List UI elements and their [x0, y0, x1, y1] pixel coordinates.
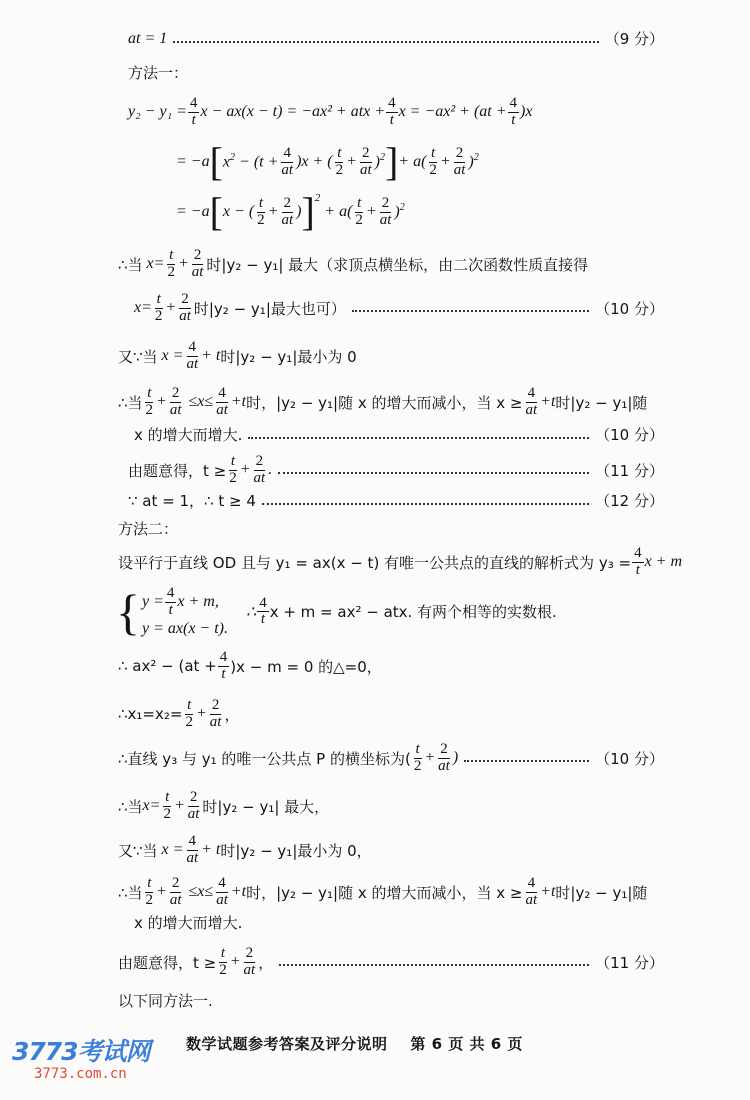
line-increasing-m2: x 的增大而增大. — [134, 912, 242, 933]
text: 时|y₂ − y₁|最小为 0， — [220, 840, 371, 861]
fraction: 2at — [168, 876, 184, 909]
fraction: 4t — [257, 596, 269, 629]
expr: + — [165, 299, 176, 317]
text: 设平行于直线 OD 且与 y₁ = ax(x − t) 有唯一公共点的直线的解析… — [118, 552, 631, 573]
page-number: 第 6 页 共 6 页 — [410, 1035, 523, 1053]
text: ∴当 — [118, 392, 143, 413]
text: 由题意得，t ≥ — [118, 952, 216, 973]
expr: + — [268, 203, 279, 221]
fraction: t2 — [353, 196, 365, 229]
expr: + — [178, 255, 189, 273]
system-row-2: y = ax(x − t). — [142, 619, 228, 638]
expr: + — [230, 953, 241, 971]
fraction: 2at — [208, 698, 224, 731]
expr: x2 − (t + — [223, 152, 278, 171]
fraction: 2at — [436, 742, 452, 775]
text: )x − m = 0 的△=0， — [230, 656, 382, 677]
line-max-m2: ∴当 x= t2 + 2at 时|y₂ − y₁| 最大， — [118, 790, 329, 823]
line-at-equals-1: at = 1 （9 分） — [128, 28, 664, 49]
fraction: 2at — [452, 146, 468, 179]
text: x 的增大而增大. — [134, 424, 242, 445]
text: 时，|y₂ − y₁|随 x 的增大而减小，当 x ≥ — [246, 392, 522, 413]
method-two-heading: 方法二： — [118, 518, 178, 539]
expr: + a( — [398, 153, 426, 171]
expr: +t — [231, 883, 246, 901]
expr: + t — [201, 841, 220, 859]
line-increasing: x 的增大而增大. （10 分） — [134, 424, 664, 445]
expr: +t — [540, 393, 555, 411]
fraction: 2at — [168, 386, 184, 419]
expr: ≤x≤ — [185, 883, 214, 901]
line-roots: ∴x₁=x₂= t2 + 2at ， — [118, 698, 239, 731]
text: ∴直线 y₃ 与 y₁ 的唯一公共点 P 的横坐标为( — [118, 748, 411, 769]
text: ∴x₁=x₂= — [118, 705, 182, 723]
fraction: 2at — [252, 454, 268, 487]
line-same-as-method-one: 以下同方法一. — [118, 990, 213, 1011]
fraction: t2 — [161, 790, 173, 823]
expr: x + m, — [177, 593, 218, 611]
bracket-close: ] — [385, 142, 398, 182]
line-point-p: ∴直线 y₃ 与 y₁ 的唯一公共点 P 的横坐标为( t2 + 2at ) （… — [118, 742, 664, 775]
expr: x − ax(x − t) = −ax² + atx + — [200, 103, 385, 121]
leader-dots — [248, 427, 589, 439]
bracket-open: [ — [210, 142, 223, 182]
text: 时|y₂ − y₁| 最大， — [202, 796, 329, 817]
leader-dots — [279, 954, 589, 966]
expr: x = — [158, 347, 184, 365]
line-monotonic-m2: ∴当 t2 + 2at ≤x≤ 4at +t 时，|y₂ − y₁|随 x 的增… — [118, 876, 647, 909]
fraction: 2at — [279, 196, 295, 229]
fraction: t2 — [144, 876, 156, 909]
line-min-zero: 又∵当 x = 4at + t 时|y₂ − y₁|最小为 0 — [118, 340, 357, 373]
expr: x= — [134, 299, 152, 317]
score-label: （12 分） — [595, 490, 664, 511]
expr: )2 — [468, 152, 478, 171]
score-label: （9 分） — [605, 28, 664, 49]
fraction: 4t — [386, 96, 398, 129]
expr: at = 1 — [128, 30, 167, 48]
expr: + — [156, 883, 167, 901]
expr: y = ax(x − t). — [142, 620, 228, 637]
line-condition-t-m2: 由题意得，t ≥ t2 + 2at ， （11 分） — [118, 946, 664, 979]
fraction: t2 — [153, 292, 165, 325]
logo-url: 3773.com.cn — [34, 1066, 150, 1082]
fraction: 2at — [186, 790, 202, 823]
expr: x + m — [645, 553, 682, 571]
expr: + a( — [320, 203, 352, 221]
text: ， — [258, 952, 273, 973]
text: 时|y₂ − y₁|随 — [555, 882, 647, 903]
score-label: （10 分） — [595, 424, 664, 445]
expr: = −a — [176, 153, 210, 171]
equation-system: { y = 4t x + m, y = ax(x − t). ∴ 4t x + … — [116, 586, 557, 638]
system-rows: y = 4t x + m, y = ax(x − t). — [142, 586, 228, 638]
fraction: 2at — [242, 946, 258, 979]
text: 又∵当 — [118, 840, 158, 861]
fraction: t2 — [183, 698, 195, 731]
fraction: 2at — [358, 146, 374, 179]
fraction: 4at — [184, 834, 200, 867]
equation-line-1: y₂ − y₁ = 4t x − ax(x − t) = −ax² + atx … — [128, 96, 532, 129]
fraction: t2 — [412, 742, 424, 775]
expr: )x — [520, 103, 532, 121]
fraction: 4at — [214, 386, 230, 419]
fraction: t2 — [227, 454, 239, 487]
fraction: t2 — [165, 248, 177, 281]
text: ∵ at = 1，∴ t ≥ 4 — [128, 490, 256, 511]
expr: + — [424, 749, 435, 767]
equation-line-3: = −a [ x − ( t2 + 2at ) ]2 + a( t2 + 2at… — [176, 192, 405, 232]
line-parallel-assumption: 设平行于直线 OD 且与 y₁ = ax(x − t) 有唯一公共点的直线的解析… — [118, 546, 682, 579]
expr: ≤x≤ — [185, 393, 214, 411]
fraction: t2 — [255, 196, 267, 229]
fraction: 4at — [279, 146, 295, 179]
expr: = −a — [176, 203, 210, 221]
text: ， — [224, 704, 239, 725]
fraction: 2at — [177, 292, 193, 325]
text: ∴当 — [118, 254, 143, 275]
expr: . — [268, 461, 272, 479]
expr: y = — [142, 593, 164, 611]
watermark-logo: 3773考试网 3773.com.cn — [12, 1032, 150, 1082]
text: 时|y₂ − y₁|最大也可） — [194, 298, 346, 319]
text: ∴当 — [118, 796, 143, 817]
method-one-heading: 方法一： — [128, 62, 188, 83]
text: 时|y₂ − y₁| 最大（求顶点横坐标，由二次函数性质直接得 — [206, 254, 588, 275]
fraction: 2at — [378, 196, 394, 229]
expr: +t — [231, 393, 246, 411]
fraction: 4t — [508, 96, 520, 129]
text: 由题意得，t ≥ — [128, 460, 226, 481]
expr: +t — [540, 883, 555, 901]
leader-dots — [352, 300, 589, 312]
expr: x − ( — [223, 203, 254, 221]
expr: + — [196, 705, 207, 723]
fraction: 4t — [218, 650, 230, 683]
expr: )2 — [394, 202, 404, 221]
brace-icon: { — [116, 587, 140, 637]
expr: x = — [158, 841, 184, 859]
fraction: t2 — [334, 146, 346, 179]
fraction: 4t — [632, 546, 644, 579]
text: ∴当 — [118, 882, 143, 903]
bracket-close: ] — [301, 192, 314, 232]
fraction: 4at — [524, 876, 540, 909]
expr: ∴ — [246, 602, 256, 622]
score-label: （11 分） — [595, 952, 664, 973]
score-label: （10 分） — [595, 748, 664, 769]
score-label: （10 分） — [595, 298, 664, 319]
line-max-also-ok: x= t2 + 2at 时|y₂ − y₁|最大也可） （10 分） — [134, 292, 664, 325]
leader-dots — [173, 31, 598, 43]
expr: + t — [201, 347, 220, 365]
text: ∴ ax² − (at + — [118, 657, 217, 675]
fraction: t2 — [217, 946, 229, 979]
fraction: 4at — [524, 386, 540, 419]
logo-text: 3773考试网 — [12, 1032, 150, 1068]
fraction: 4t — [165, 586, 177, 619]
fraction: 4at — [184, 340, 200, 373]
text: x + m = ax² − atx. 有两个相等的实数根. — [270, 601, 557, 622]
expr: y₂ − y₁ = — [128, 103, 187, 121]
fraction: 2at — [190, 248, 206, 281]
line-min-zero-m2: 又∵当 x = 4at + t 时|y₂ − y₁|最小为 0， — [118, 834, 372, 867]
expr: x = −ax² + (at + — [399, 103, 507, 121]
bracket-open: [ — [210, 192, 223, 232]
expr: + — [440, 153, 451, 171]
text: 时|y₂ − y₁|随 — [555, 392, 647, 413]
equation-line-2: = −a [ x2 − (t + 4at )x + ( t2 + 2at )2 … — [176, 142, 479, 182]
expr: + — [240, 461, 251, 479]
text: 时，|y₂ − y₁|随 x 的增大而减小，当 x ≥ — [246, 882, 522, 903]
leader-dots — [464, 750, 589, 762]
expr: + — [174, 797, 185, 815]
page-footer: 数学试题参考答案及评分说明 第 6 页 共 6 页 — [186, 1033, 523, 1054]
system-row-1: y = 4t x + m, — [142, 586, 228, 619]
fraction: t2 — [427, 146, 439, 179]
line-conclusion: ∵ at = 1，∴ t ≥ 4 （12 分） — [128, 490, 664, 511]
expr: )2 — [375, 152, 385, 171]
line-monotonic: ∴当 t2 + 2at ≤x≤ 4at +t 时，|y₂ − y₁|随 x 的增… — [118, 386, 647, 419]
expr: x= — [143, 797, 161, 815]
text: 时|y₂ − y₁|最小为 0 — [220, 346, 356, 367]
answer-page: at = 1 （9 分） 方法一： y₂ − y₁ = 4t x − ax(x … — [0, 0, 750, 1100]
footer-title: 数学试题参考答案及评分说明 — [186, 1035, 388, 1053]
expr: ) — [453, 749, 458, 767]
fraction: 4t — [188, 96, 200, 129]
expr: + — [346, 153, 357, 171]
leader-dots — [278, 462, 589, 474]
line-discriminant: ∴ ax² − (at + 4t )x − m = 0 的△=0， — [118, 650, 382, 683]
expr: )x + ( — [296, 153, 333, 171]
expr: + — [366, 203, 377, 221]
text: 又∵当 — [118, 346, 158, 367]
expr: x= — [143, 255, 165, 273]
expr: + — [156, 393, 167, 411]
score-label: （11 分） — [595, 460, 664, 481]
line-max-condition: ∴当 x= t2 + 2at 时|y₂ − y₁| 最大（求顶点横坐标，由二次函… — [118, 248, 588, 281]
leader-dots — [262, 493, 589, 505]
fraction: t2 — [144, 386, 156, 419]
line-condition-t: 由题意得，t ≥ t2 + 2at . （11 分） — [128, 454, 664, 487]
fraction: 4at — [214, 876, 230, 909]
